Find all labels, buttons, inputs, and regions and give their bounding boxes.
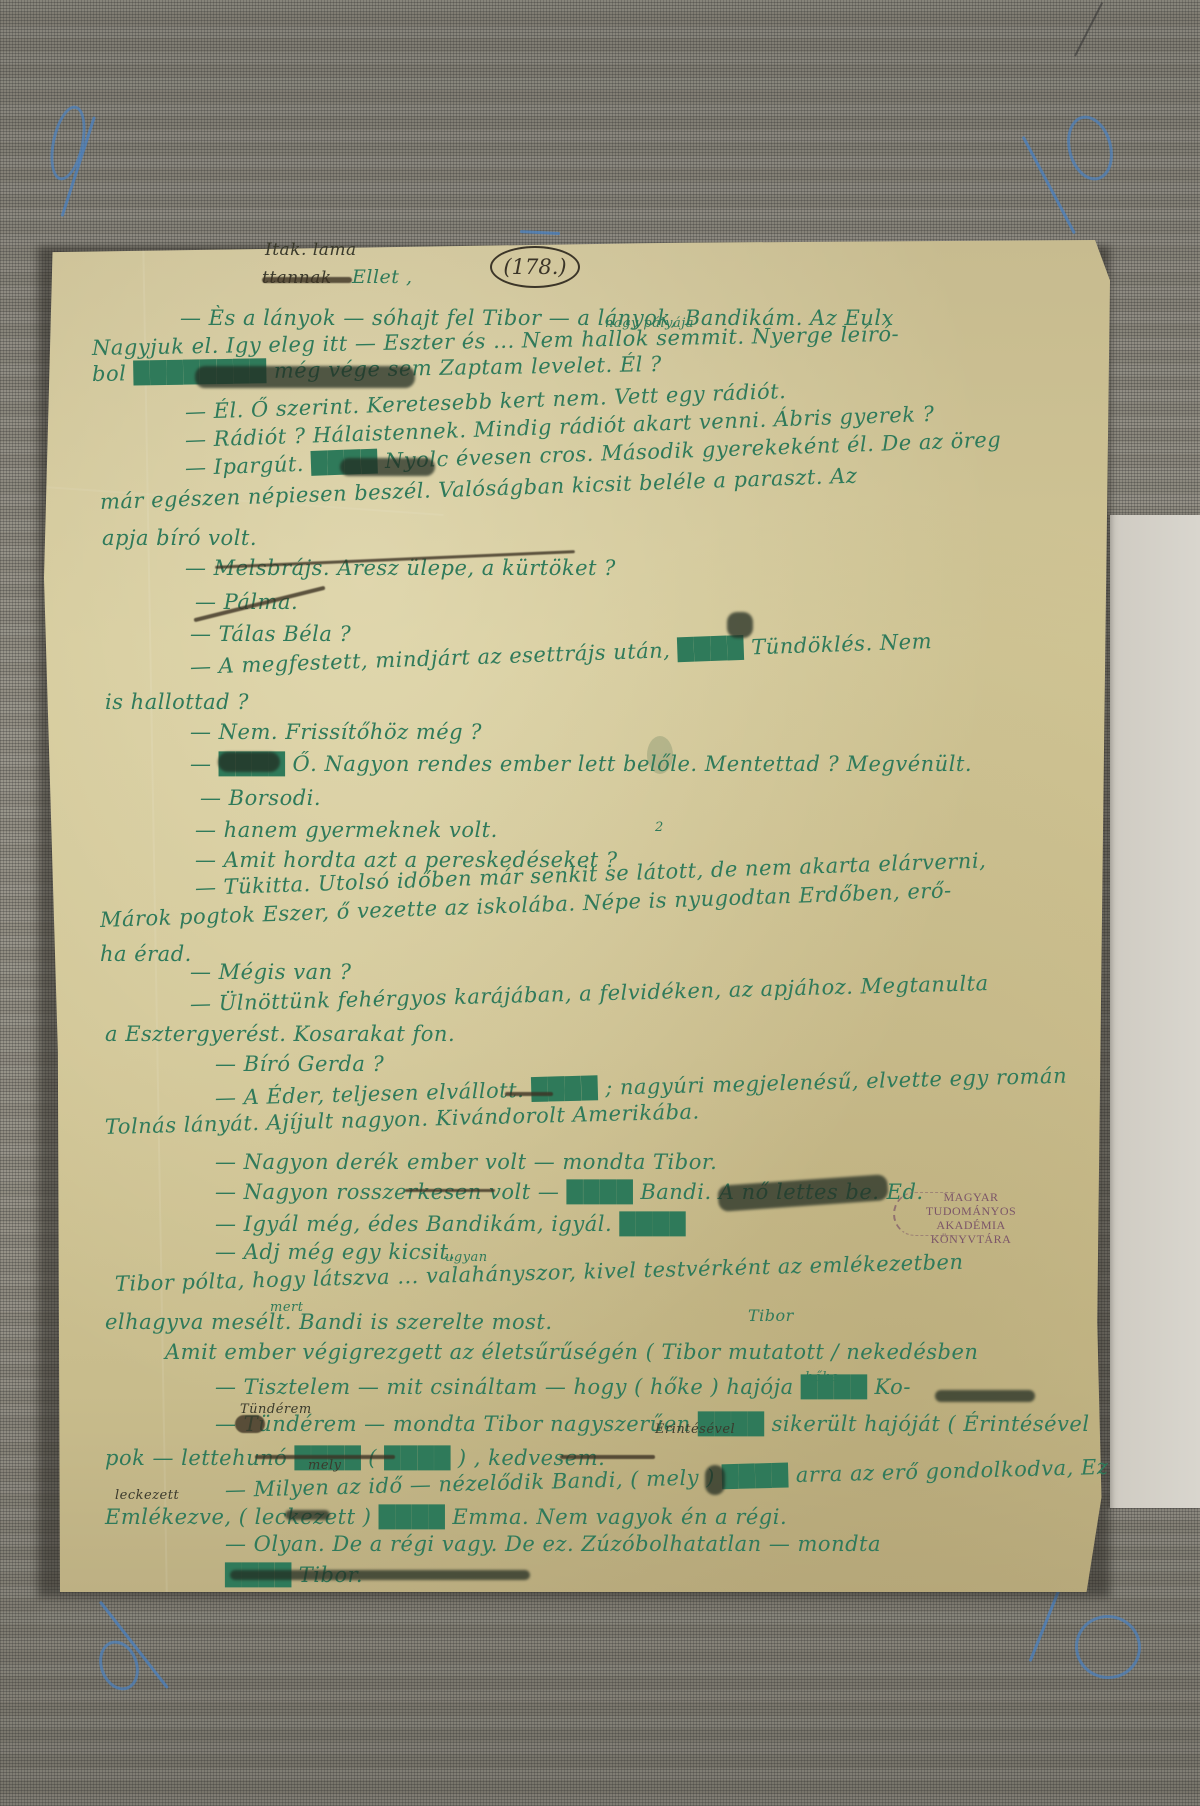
manuscript-line: is hallottad ? <box>105 690 249 714</box>
page-number: (178.) <box>490 246 580 288</box>
strikethrough <box>935 1390 1035 1402</box>
manuscript-line: — Nem. Frissítőhöz még ? <box>190 720 482 744</box>
manuscript-line: — Borsodi. <box>200 786 321 810</box>
manuscript-line: — Mégis van ? <box>190 960 352 984</box>
manuscript-line: — hanem gyermeknek volt. <box>195 818 498 842</box>
strikethrough <box>230 1570 530 1580</box>
interlinear-note: hőke <box>805 1370 839 1385</box>
interlinear-note: Érintésével <box>655 1422 735 1437</box>
blue-pencil-mark-bottom-right <box>1070 1610 1146 1684</box>
blue-pencil-mark-bottom-left <box>92 1635 145 1696</box>
interlinear-note: Tibor <box>748 1306 794 1325</box>
strikethrough <box>340 458 435 476</box>
strikethrough <box>285 1510 330 1520</box>
manuscript-line: — Pálma. <box>195 590 298 614</box>
manuscript-line: — Olyan. De a régi vagy. De ez. Zúzóbolh… <box>225 1532 881 1556</box>
manuscript-line: — Nagyon derék ember volt — mondta Tibor… <box>215 1150 717 1174</box>
manuscript-line: — Tálas Béla ? <box>190 622 351 646</box>
manuscript-line: Emlékezve, ( leckezett ) ████ Emma. Nem … <box>105 1505 787 1529</box>
manuscript-line: — ████ Ő. Nagyon rendes ember lett belől… <box>190 752 972 776</box>
strikethrough <box>727 612 753 638</box>
manuscript-line: — Adj még egy kicsit. <box>215 1240 456 1264</box>
stamp-line-1: MAGYAR <box>893 1190 1049 1204</box>
strikethrough <box>262 277 352 283</box>
heading-line-2: Ellet , <box>352 266 412 288</box>
manuscript-line: — Igyál még, édes Bandikám, igyál. ████ <box>215 1212 686 1236</box>
interlinear-note: leckezett <box>115 1488 179 1503</box>
strikethrough <box>505 1092 553 1096</box>
library-stamp: MAGYAR TUDOMÁNYOS AKADÉMIA KÖNYVTÁRA <box>893 1190 1049 1236</box>
interlinear-note: mely <box>308 1458 342 1473</box>
manuscript-line: a Esztergyerést. Kosarakat fon. <box>105 1022 455 1046</box>
white-backing-sheet <box>1110 515 1200 1508</box>
pencil-line-top-right <box>1074 2 1103 56</box>
manuscript-line: ha érad. <box>100 942 192 966</box>
heading-line-1: Itak. lama <box>265 240 357 260</box>
strikethrough <box>235 1415 265 1433</box>
manuscript-line: apja bíró volt. <box>102 526 257 550</box>
stamp-line-2: TUDOMÁNYOS AKADÉMIA <box>893 1204 1049 1232</box>
manuscript-line: — Bíró Gerda ? <box>215 1052 384 1076</box>
strikethrough <box>195 366 415 388</box>
manuscript-line: elhagyva mesélt. Bandi is szerelte most. <box>105 1310 553 1334</box>
strikethrough <box>218 752 280 772</box>
manuscript-line: — Tündérem — mondta Tibor nagyszerűen ██… <box>215 1412 1090 1436</box>
strikethrough <box>405 1189 495 1192</box>
strikethrough <box>560 1455 655 1459</box>
manuscript-line: Amit ember végigrezgett az életsűrűségén… <box>165 1340 978 1364</box>
blue-dash-top-center <box>520 230 560 235</box>
strikethrough <box>705 1465 725 1495</box>
stamp-line-3: KÖNYVTÁRA <box>893 1232 1049 1246</box>
interlinear-note: 2 <box>655 820 664 835</box>
blue-pencil-mark-top-right <box>1060 110 1120 185</box>
